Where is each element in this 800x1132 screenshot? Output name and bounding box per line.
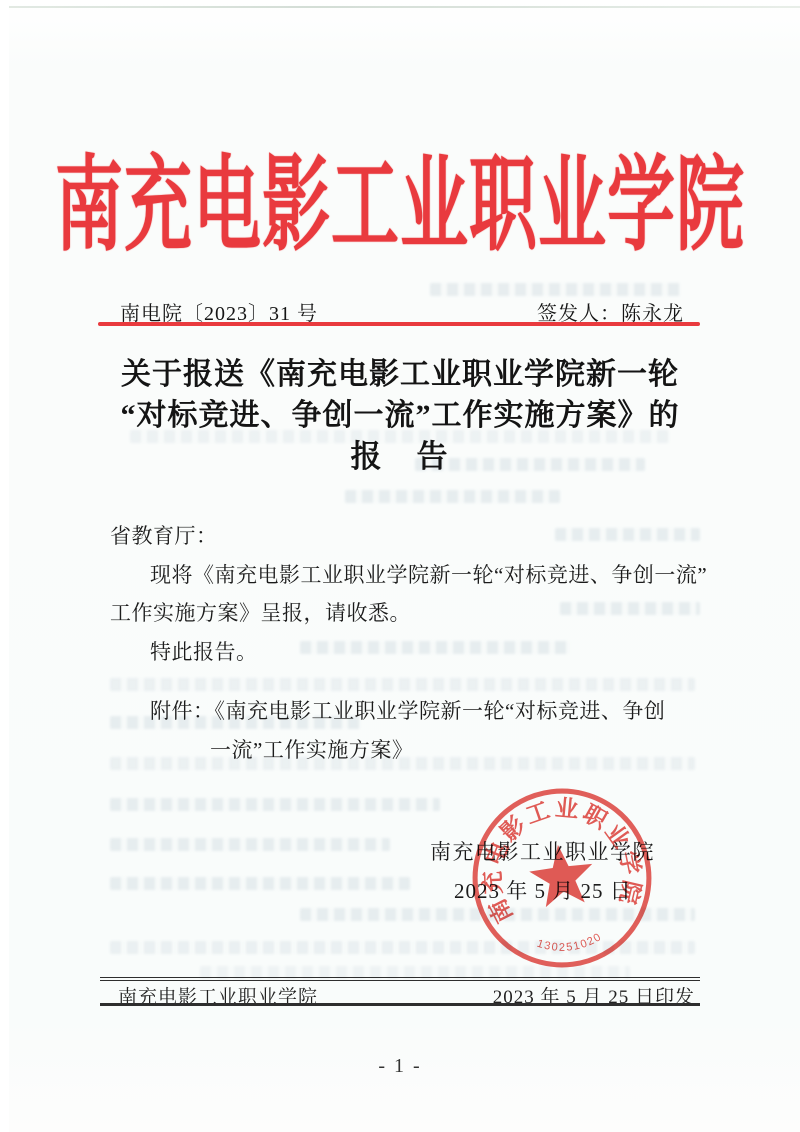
body-paragraph-line-1: 现将《南充电影工业职业学院新一轮“对标竞进、争创一流” (150, 559, 800, 589)
body-paragraph-line-3: 特此报告。 (150, 636, 800, 666)
salutation: 省教育厅： (110, 520, 800, 550)
bleed-through-artifact (110, 798, 440, 811)
red-separator-rule (98, 322, 700, 326)
doc-title-line-2: “对标竞进、争创一流”工作实施方案》的 (0, 395, 800, 436)
scan-edge-artifact (0, 6, 800, 8)
doc-title: 关于报送《南充电影工业职业学院新一轮 “对标竞进、争创一流”工作实施方案》的 报… (0, 354, 800, 477)
bleed-through-artifact (110, 678, 695, 691)
colophon-bottom-rule (100, 1003, 700, 1006)
bleed-through-artifact (110, 838, 390, 851)
attachment-line-2: 一流”工作实施方案》 (210, 734, 800, 764)
body-paragraph-line-2: 工作实施方案》呈报，请收悉。 (110, 597, 800, 627)
page-number: - 1 - (0, 1055, 800, 1078)
doc-title-line-1: 关于报送《南充电影工业职业学院新一轮 (0, 354, 800, 395)
scanned-document-page: 南充电影工业职业学院 南电院〔2023〕31 号 签发人：陈永龙 关于报送《南充… (0, 0, 800, 1132)
doc-title-line-3: 报 告 (0, 436, 800, 477)
bleed-through-artifact (110, 877, 410, 890)
attachment-line-1: 附件：《南充电影工业职业学院新一轮“对标竞进、争创 (150, 695, 800, 725)
seal-star-icon (526, 841, 596, 909)
bleed-through-artifact (345, 490, 560, 503)
bleed-through-artifact (430, 283, 680, 296)
colophon-top-rule (100, 977, 700, 981)
org-masthead-title: 南充电影工业职业学院 (0, 154, 800, 257)
official-seal: 南充电影工业职业学院 5113025102064 (455, 771, 669, 985)
